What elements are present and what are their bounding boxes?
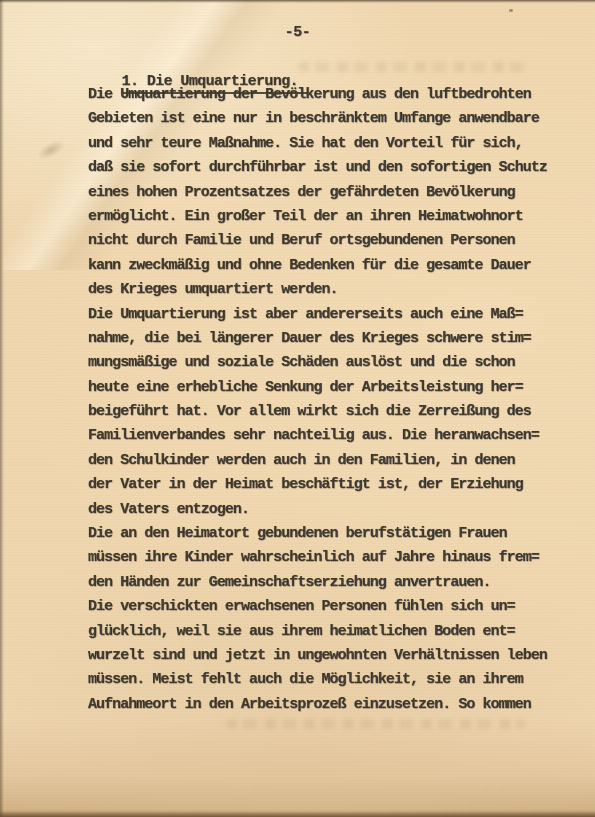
- text-line: heute eine erhebliche Senkung der Arbeit…: [88, 376, 574, 400]
- ink-speck: [509, 9, 513, 12]
- text-line: wurzelt sind und jetzt in ungewohnten Ve…: [88, 644, 574, 668]
- text-line: mungsmäßige und soziale Schäden auslöst …: [88, 351, 574, 375]
- paper-dimple: [34, 137, 67, 163]
- text-line: müssen. Meist fehlt auch die Möglichkeit…: [88, 668, 574, 692]
- text-line: des Krieges umquartiert werden.: [88, 278, 574, 302]
- document-body: Die Umquartierung der Bevölkerung aus de…: [88, 83, 574, 717]
- text-line: nicht durch Familie und Beruf ortsgebund…: [88, 229, 574, 253]
- bleedthrough-smudge-top: [298, 62, 532, 72]
- text-line: Familienverbandes sehr nachteilig aus. D…: [88, 424, 574, 448]
- page-number: -5-: [0, 24, 595, 41]
- text-line: den Händen zur Gemeinschaftserziehung an…: [88, 571, 574, 595]
- text-line: Aufnahmeort in den Arbeitsprozeß einzuse…: [88, 693, 574, 717]
- scan-edge-left: [0, 0, 4, 817]
- text-line: Die an den Heimatort gebundenen berufstä…: [88, 522, 574, 546]
- text-line: daß sie sofort durchführbar ist und den …: [88, 156, 574, 180]
- text-line: nahme, die bei längerer Dauer des Kriege…: [88, 327, 574, 351]
- text-line: der Vater in der Heimat beschäftigt ist,…: [88, 473, 574, 497]
- text-line: ermöglicht. Ein großer Teil der an ihren…: [88, 205, 574, 229]
- text-line: eines hohen Prozentsatzes der gefährdete…: [88, 181, 574, 205]
- text-line: beigeführt hat. Vor allem wirkt sich die…: [88, 400, 574, 424]
- text-line: müssen ihre Kinder wahrscheinlich auf Ja…: [88, 546, 574, 570]
- text-line: kann zweckmäßig und ohne Bedenken für di…: [88, 254, 574, 278]
- scanned-page: -5- 1. Die Umquartierung. Die Umquartier…: [0, 0, 595, 817]
- text-line: des Vaters entzogen.: [88, 498, 574, 522]
- scan-edge-bottom: [0, 811, 595, 817]
- text-line: und sehr teure Maßnahme. Sie hat den Vor…: [88, 132, 574, 156]
- text-line: Gebieten ist eine nur in beschränktem Um…: [88, 107, 574, 131]
- text-line: Die Umquartierung der Bevölkerung aus de…: [88, 83, 574, 107]
- scan-edge-top: [0, 0, 595, 3]
- text-line: den Schulkinder werden auch in den Famil…: [88, 449, 574, 473]
- text-line: Die verschickten erwachsenen Personen fü…: [88, 595, 574, 619]
- text-line: glücklich, weil sie aus ihrem heimatlich…: [88, 620, 574, 644]
- bleedthrough-smudge-bottom: [226, 719, 526, 729]
- text-line: Die Umquartierung ist aber andererseits …: [88, 303, 574, 327]
